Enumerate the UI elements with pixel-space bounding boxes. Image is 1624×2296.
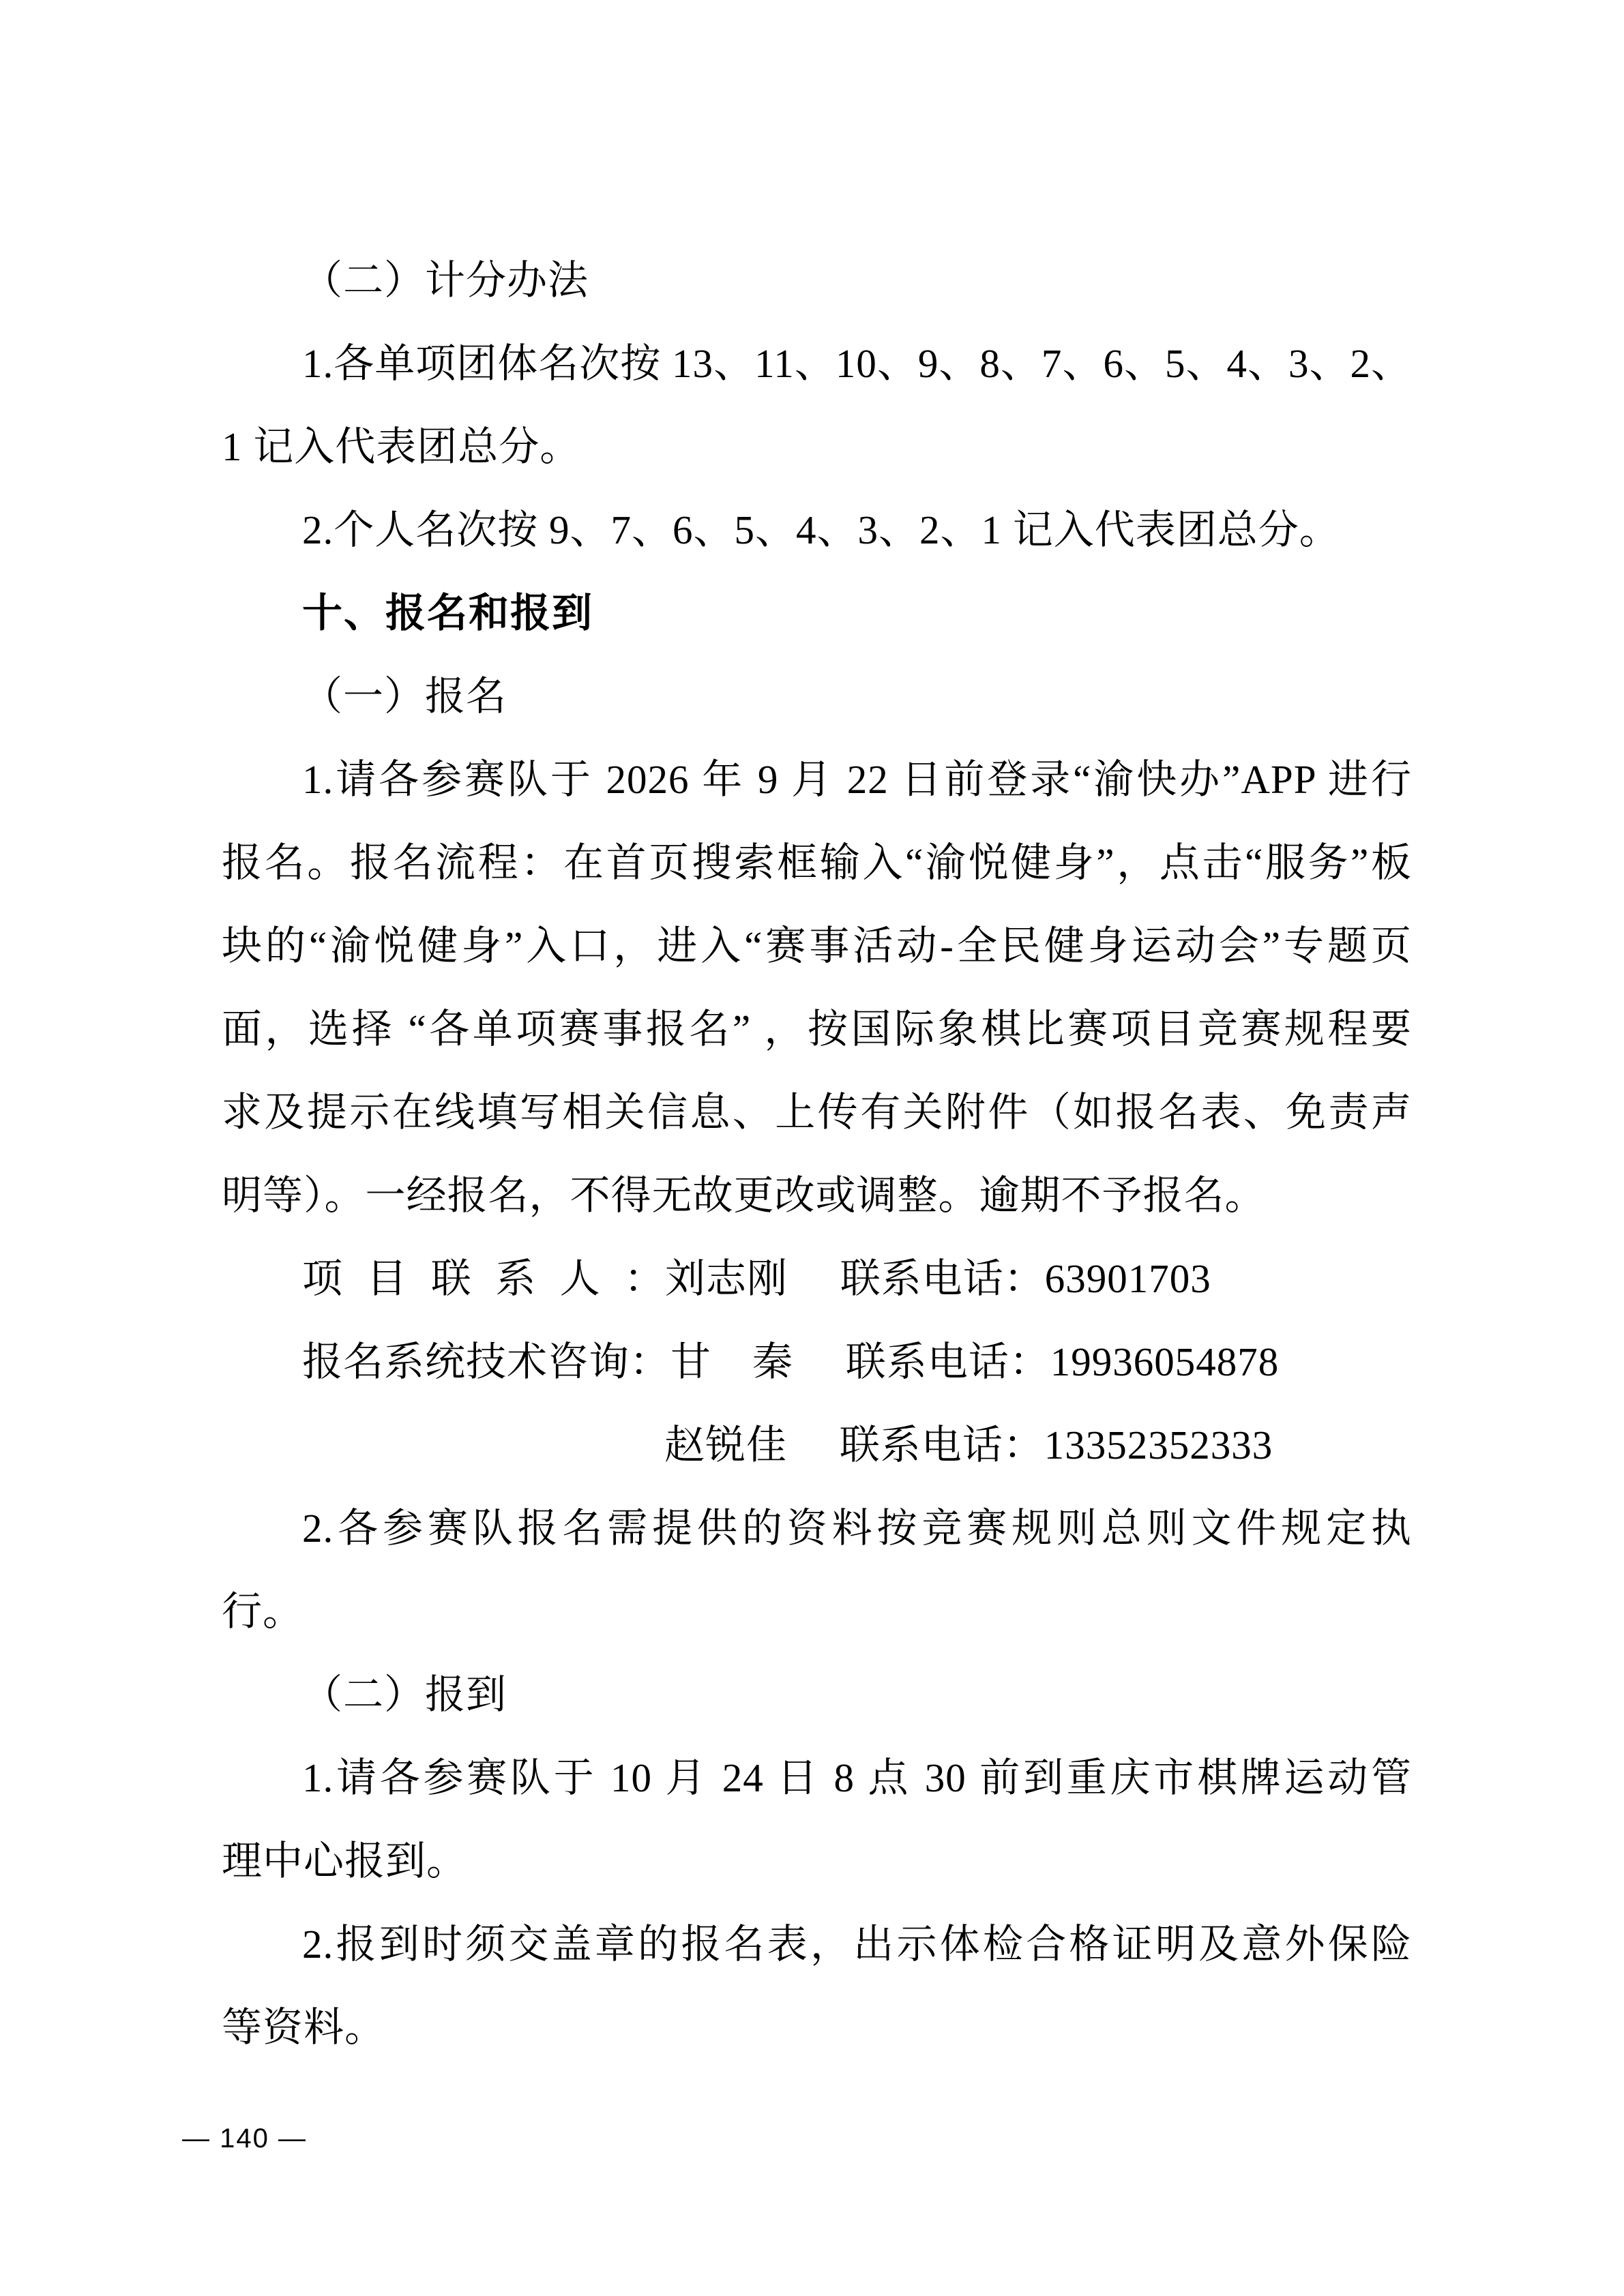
contact-phone: 联系电话：13352352333 xyxy=(840,1422,1273,1467)
contact-phone: 联系电话：63901703 xyxy=(840,1256,1211,1301)
text-line: 明等）。一经报名，不得无故更改或调整。逾期不予报名。 xyxy=(222,1154,1412,1237)
text-line: （二）报到 xyxy=(222,1653,1412,1736)
contact-phone: 联系电话：19936054878 xyxy=(846,1339,1280,1384)
text-line: （二）计分办法 xyxy=(222,239,1412,322)
contact-line: 报名系统技术咨询：甘 秦联系电话：19936054878 xyxy=(222,1320,1412,1403)
contact-line: 项目联系人：刘志刚联系电话：63901703 xyxy=(222,1237,1412,1320)
contact-name: 甘 秦 xyxy=(670,1339,793,1384)
text-line: 1 记入代表团总分。 xyxy=(222,405,1412,488)
text-line: 1.各单项团体名次按 13、11、10、9、8、7、6、5、4、3、2、 xyxy=(222,322,1412,405)
section-heading: 十、报名和报到 xyxy=(222,571,1412,655)
text-line: 报名。报名流程：在首页搜索框输入“渝悦健身”，点击“服务”板 xyxy=(222,821,1412,904)
text-line: （一）报名 xyxy=(222,655,1412,738)
text-line: 行。 xyxy=(222,1570,1412,1653)
contact-label-colon: ： xyxy=(630,1339,670,1384)
contact-name: 刘志刚 xyxy=(665,1256,788,1301)
text-line: 2.报到时须交盖章的报名表，出示体检合格证明及意外保险 xyxy=(222,1903,1412,1986)
text-line: 1.请各参赛队于 10 月 24 日 8 点 30 前到重庆市棋牌运动管 xyxy=(222,1736,1412,1819)
text-line: 面，选择 “各单项赛事报名” ，按国际象棋比赛项目竞赛规程要 xyxy=(222,987,1412,1071)
contact-label: 项目联系人 xyxy=(302,1256,624,1301)
text-line: 2.个人名次按 9、7、6、5、4、3、2、1 记入代表团总分。 xyxy=(222,488,1412,571)
contact-label: 报名系统技术咨询 xyxy=(302,1339,630,1384)
contact-label-colon: ： xyxy=(624,1256,665,1301)
text-line: 等资料。 xyxy=(222,1986,1412,2069)
document-page: （二）计分办法1.各单项团体名次按 13、11、10、9、8、7、6、5、4、3… xyxy=(0,0,1624,2296)
contact-name: 赵锐佳 xyxy=(664,1422,787,1467)
text-line: 理中心报到。 xyxy=(222,1819,1412,1903)
text-line: 求及提示在线填写相关信息、上传有关附件（如报名表、免责声 xyxy=(222,1071,1412,1154)
document-body: （二）计分办法1.各单项团体名次按 13、11、10、9、8、7、6、5、4、3… xyxy=(222,239,1412,2069)
page-number: — 140 — xyxy=(182,2122,307,2155)
contact-line: 赵锐佳联系电话：13352352333 xyxy=(664,1403,1412,1487)
text-line: 2.各参赛队报名需提供的资料按竞赛规则总则文件规定执 xyxy=(222,1487,1412,1570)
text-line: 块的“渝悦健身”入口，进入“赛事活动-全民健身运动会”专题页 xyxy=(222,904,1412,987)
text-line: 1.请各参赛队于 2026 年 9 月 22 日前登录“渝快办”APP 进行 xyxy=(222,738,1412,821)
